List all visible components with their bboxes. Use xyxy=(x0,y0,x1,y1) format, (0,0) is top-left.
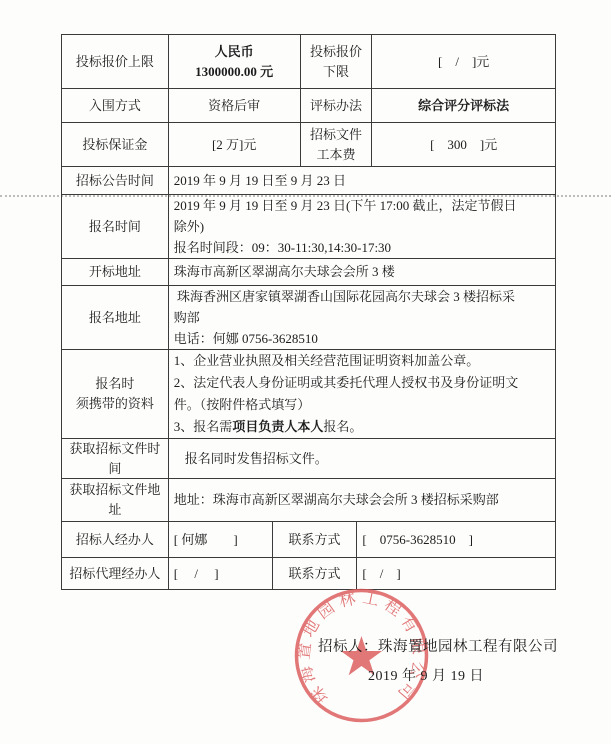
value-shortlist-method: 资格后审 xyxy=(169,89,301,123)
value-required-materials: 1、企业营业执照及相关经营范围证明资料加盖公章。 2、法定代表人身份证明或其委托… xyxy=(169,350,556,439)
label-bid-price-upper-limit: 投标报价上限 xyxy=(62,35,169,89)
label-document-fee: 招标文件 工本费 xyxy=(301,123,373,167)
value-evaluation-method: 综合评分评标法 xyxy=(372,89,556,123)
label-registration-time: 报名时间 xyxy=(62,195,169,259)
table-row: 报名时 须携带的资料 1、企业营业执照及相关经营范围证明资料加盖公章。 2、法定… xyxy=(62,350,556,439)
label-registration-address: 报名地址 xyxy=(62,286,169,350)
value-document-obtain-address: 地址：珠海市高新区翠湖高尔夫球会会所 3 楼招标采购部 xyxy=(169,479,556,522)
table-row: 投标报价上限 人民币 1300000.00 元 投标报价 下限 [ / ]元 xyxy=(62,35,556,89)
value-bid-deposit: [2 万]元 xyxy=(169,123,301,167)
value-registration-address: 珠海香洲区唐家镇翠湖香山国际花园高尔夫球会 3 楼招标采 购部 电话：何娜 07… xyxy=(169,286,556,350)
value-bid-opening-address: 珠海市高新区翠湖高尔夫球会会所 3 楼 xyxy=(169,259,556,286)
value-registration-time: 2019 年 9 月 19 日至 9 月 23 日(下午 17:00 截止，法定… xyxy=(169,195,556,259)
table-row: 报名时间 2019 年 9 月 19 日至 9 月 23 日(下午 17:00 … xyxy=(62,195,556,259)
label-bid-price-lower-limit: 投标报价 下限 xyxy=(301,35,373,89)
label-bid-opening-address: 开标地址 xyxy=(62,259,169,286)
signature-date-line: 2019 年 9 月 19 日 xyxy=(368,665,484,685)
label-agency-agent: 招标代理经办人 xyxy=(62,558,169,590)
material-item-1: 1、企业营业执照及相关经营范围证明资料加盖公章。 xyxy=(174,350,480,372)
table-row: 报名地址 珠海香洲区唐家镇翠湖香山国际花园高尔夫球会 3 楼招标采 购部 电话：… xyxy=(62,286,556,350)
table-row: 招标人经办人 [ 何娜 ] 联系方式 [ 0756-3628510 ] xyxy=(62,522,556,558)
value-document-obtain-time: 报名同时发售招标文件。 xyxy=(169,439,556,479)
label-document-obtain-time: 获取招标文件时 间 xyxy=(62,439,169,479)
value-announcement-time: 2019 年 9 月 19 日至 9 月 23 日 xyxy=(169,167,556,195)
document-page: 投标报价上限 人民币 1300000.00 元 投标报价 下限 [ / ]元 入… xyxy=(0,0,611,744)
value-bid-price-upper-limit: 人民币 1300000.00 元 xyxy=(169,35,301,89)
value-tenderer-agent: [ 何娜 ] xyxy=(169,522,273,558)
table-row: 招标公告时间 2019 年 9 月 19 日至 9 月 23 日 xyxy=(62,167,556,195)
value-agency-agent: [ / ] xyxy=(169,558,273,590)
tender-info-table: 投标报价上限 人民币 1300000.00 元 投标报价 下限 [ / ]元 入… xyxy=(61,34,556,590)
tenderer-signature-line: 招标人：珠海置地园林工程有限公司 xyxy=(318,635,558,656)
label-required-materials: 报名时 须携带的资料 xyxy=(62,350,169,439)
table-row: 投标保证金 [2 万]元 招标文件 工本费 [ 300 ]元 xyxy=(62,123,556,167)
label-tenderer-agent: 招标人经办人 xyxy=(62,522,169,558)
value-bid-price-lower-limit: [ / ]元 xyxy=(372,35,556,89)
label-announcement-time: 招标公告时间 xyxy=(62,167,169,195)
label-document-obtain-address: 获取招标文件地 址 xyxy=(62,479,169,522)
value-document-fee: [ 300 ]元 xyxy=(372,123,556,167)
value-contact-method-1: [ 0756-3628510 ] xyxy=(357,522,556,558)
table-row: 开标地址 珠海市高新区翠湖高尔夫球会会所 3 楼 xyxy=(62,259,556,286)
label-shortlist-method: 入围方式 xyxy=(62,89,169,123)
label-evaluation-method: 评标办法 xyxy=(301,89,373,123)
material-item-2: 2、法定代表人身份证明或其委托代理人授权书及身份证明文 件。（按附件格式填写） xyxy=(174,372,519,416)
table-row: 入围方式 资格后审 评标办法 综合评分评标法 xyxy=(62,89,556,123)
table-row: 获取招标文件地 址 地址：珠海市高新区翠湖高尔夫球会会所 3 楼招标采购部 xyxy=(62,479,556,522)
material-item-3: 3、报名需项目负责人本人报名。 xyxy=(174,416,363,438)
label-bid-deposit: 投标保证金 xyxy=(62,123,169,167)
table-row: 获取招标文件时 间 报名同时发售招标文件。 xyxy=(62,439,556,479)
label-contact-method-1: 联系方式 xyxy=(273,522,358,558)
